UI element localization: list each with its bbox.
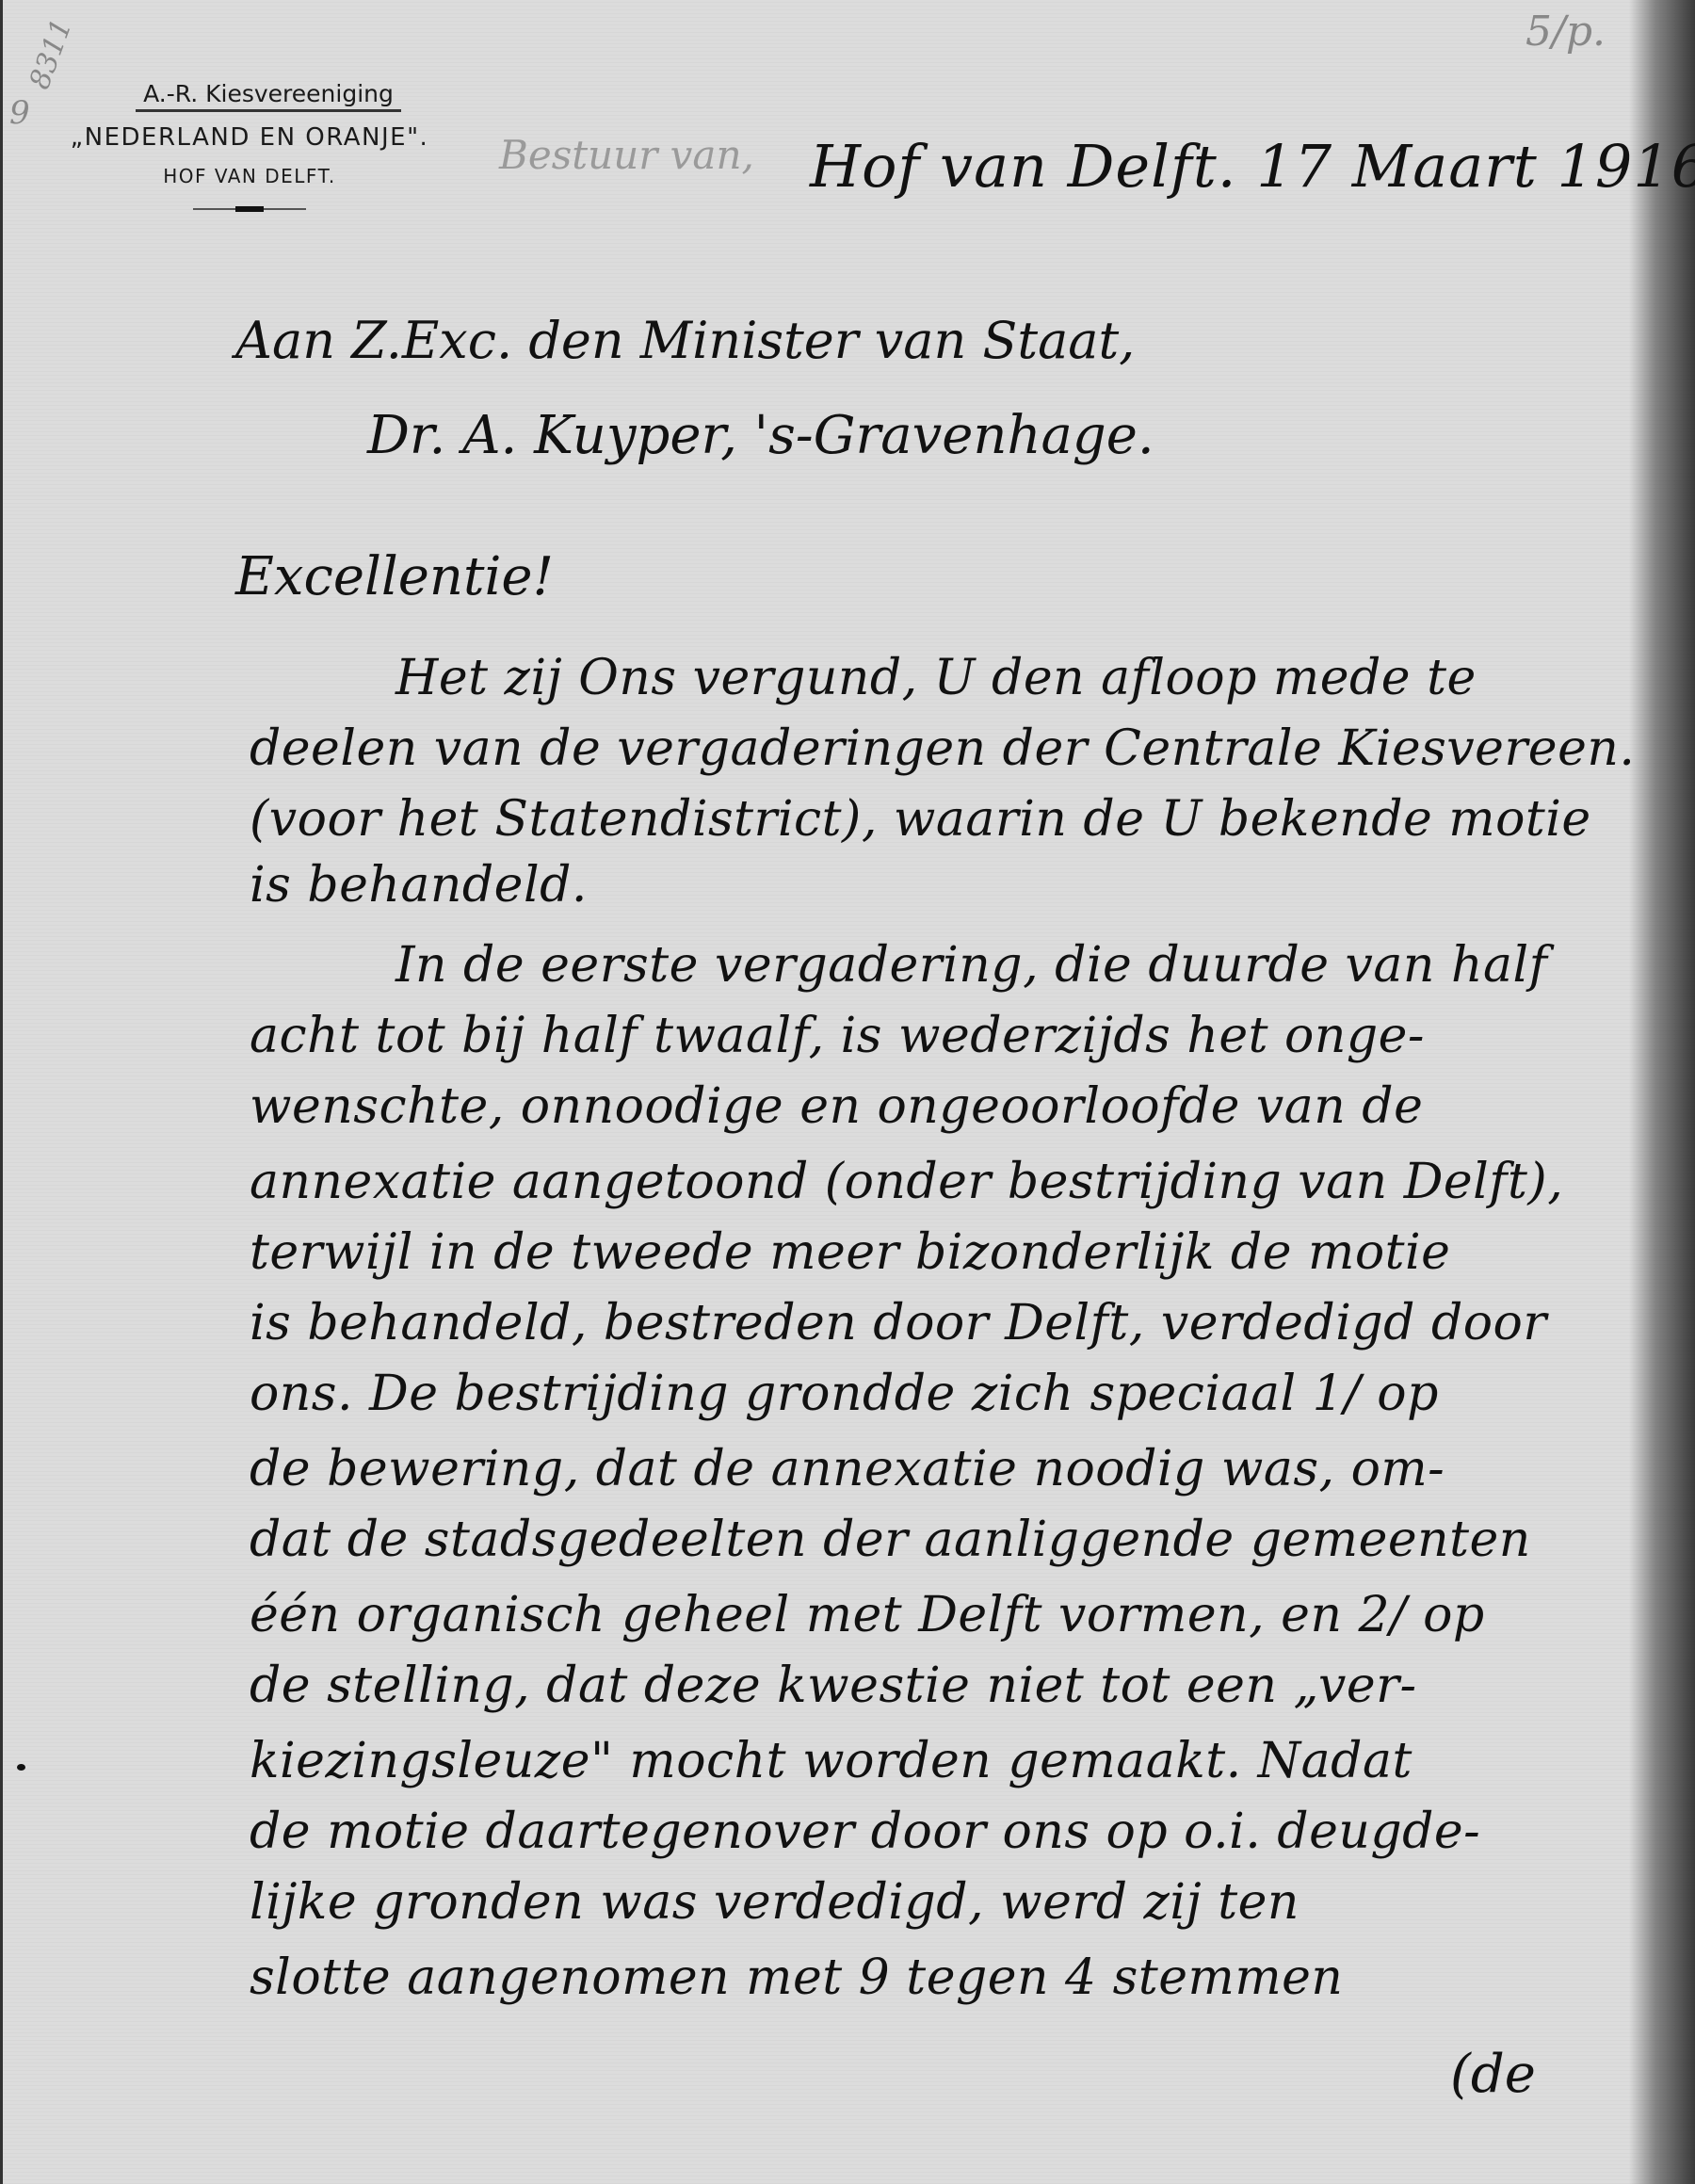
body-line: Het zij Ons vergund, U den afloop mede t… [395, 650, 1477, 706]
body-line: wenschte, onnoodige en ongeoorloofde van… [250, 1078, 1423, 1135]
ink-spot [17, 1764, 25, 1771]
body-line: In de eerste vergadering, die duurde van… [395, 937, 1547, 994]
letterhead-name: „NEDERLAND EN ORANJE". [56, 123, 443, 152]
page-mark-annotation: 5/p. [1525, 8, 1606, 56]
body-line: de stelling, dat deze kwestie niet tot e… [250, 1658, 1417, 1714]
scan-left-edge [0, 0, 3, 2184]
body-line: (voor het Statendistrict), waarin de U b… [250, 791, 1591, 848]
scan-binding-shadow [1629, 0, 1695, 2184]
body-line: lijke gronden was verdedigd, werd zij te… [250, 1874, 1299, 1931]
body-line: de motie daartegenover door ons op o.i. … [250, 1804, 1480, 1860]
body-line: deelen van de vergaderingen der Centrale… [250, 720, 1635, 777]
body-line: is behandeld. [250, 857, 588, 914]
folio-mark-annotation: 9 [9, 94, 30, 132]
dateline: Hof van Delft. 17 Maart 1916 [810, 132, 1695, 201]
letterhead-place: HOF VAN DELFT. [56, 165, 443, 187]
address-line-1: Aan Z.Exc. den Minister van Staat, [235, 311, 1135, 370]
body-line: annexatie aangetoond (onder bestrijding … [250, 1154, 1563, 1210]
address-line-2: Dr. A. Kuyper, 's-Gravenhage. [367, 405, 1154, 466]
letterhead-organization: A.-R. Kiesvereeniging [136, 80, 401, 112]
body-line: acht tot bij half twaalf, is wederzijds … [250, 1008, 1425, 1064]
salutation: Excellentie! [235, 546, 554, 607]
letterhead-ornament-rule [193, 208, 306, 210]
body-line: dat de stadsgedeelten der aanliggende ge… [250, 1512, 1531, 1568]
body-line: de bewering, dat de annexatie noodig was… [250, 1441, 1445, 1497]
body-line: ons. De bestrijding grondde zich speciaa… [250, 1366, 1439, 1422]
body-line: één organisch geheel met Delft vormen, e… [250, 1587, 1485, 1643]
pencil-note: Bestuur van, [499, 132, 754, 178]
letterhead: A.-R. Kiesvereeniging „NEDERLAND EN ORAN… [56, 80, 443, 210]
body-line: slotte aangenomen met 9 tegen 4 stemmen [250, 1949, 1343, 2006]
continuation-catchword: (de [1450, 2044, 1536, 2105]
body-line: kiezingsleuze" mocht worden gemaakt. Nad… [250, 1733, 1412, 1789]
body-line: is behandeld, bestreden door Delft, verd… [250, 1295, 1547, 1351]
body-line: terwijl in de tweede meer bizonderlijk d… [250, 1224, 1450, 1281]
letter-page: 8311 9 5/p. Bestuur van, A.-R. Kiesveree… [0, 0, 1695, 2184]
